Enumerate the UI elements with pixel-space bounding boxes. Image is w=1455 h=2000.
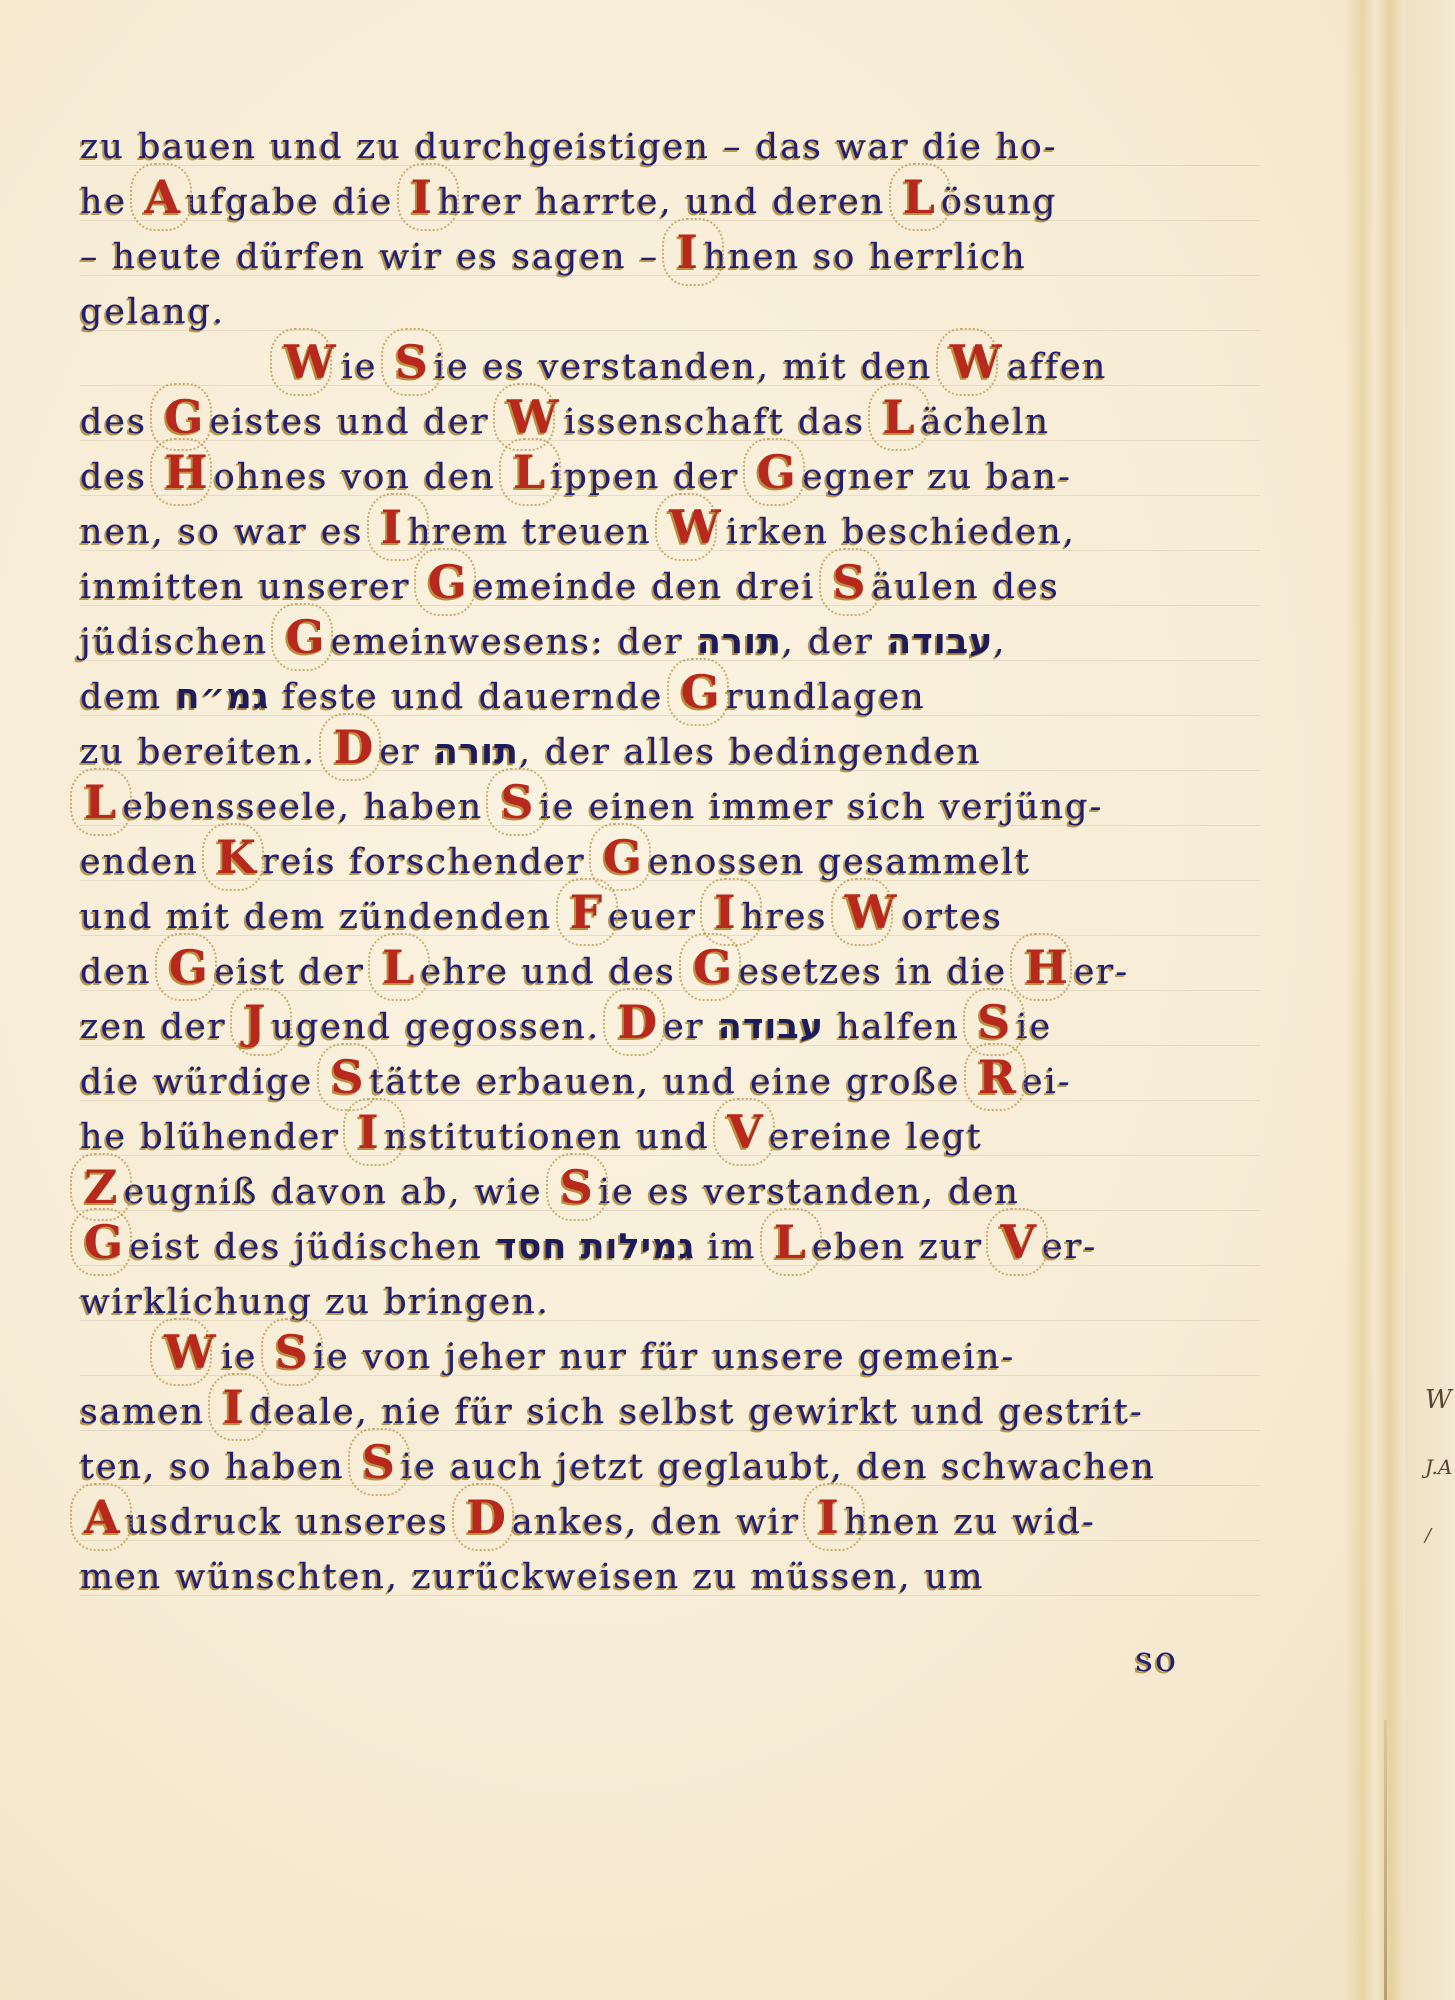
text-run: er — [379, 732, 434, 772]
illuminated-initial: W — [665, 507, 727, 547]
manuscript-line: jüdischen Gemeinwesens: der תורה, der עב… — [80, 615, 1260, 670]
text-run: hrem treuen — [408, 512, 665, 552]
illuminated-initial: I — [672, 232, 704, 272]
ruling-line — [80, 880, 1260, 881]
illuminated-initial: W — [503, 397, 565, 437]
illuminated-initial: I — [353, 1112, 385, 1152]
text-run: feste und dauernde — [269, 677, 676, 717]
ruling-line — [80, 330, 1260, 331]
manuscript-line: enden Kreis forschender Genossen gesamme… — [80, 835, 1260, 890]
text-run: und mit dem zündenden — [80, 897, 566, 937]
text-run: emeinwesens: der — [331, 622, 697, 662]
text-run: – heute dürfen wir es sagen – — [80, 237, 672, 277]
text-run: ösung — [941, 182, 1058, 222]
manuscript-line: zu bauen und zu durchgeistigen – das war… — [80, 120, 1260, 175]
hebrew-word: תורה — [697, 622, 782, 662]
facing-page-handwriting: J.A — [1425, 1455, 1452, 1479]
text-run: ie einen immer sich verjüng- — [540, 787, 1104, 827]
ruling-line — [80, 1375, 1260, 1376]
manuscript-line: Lebensseele, haben Sie einen immer sich … — [80, 780, 1260, 835]
illuminated-initial: Z — [80, 1167, 124, 1207]
facing-page-handwriting: / — [1425, 1525, 1431, 1546]
text-run: er- — [1074, 952, 1129, 992]
ruling-line — [80, 1210, 1260, 1211]
text-run: zen der — [80, 1007, 240, 1047]
text-run: enossen gesammelt — [648, 842, 1031, 882]
hebrew-word: עבודה — [718, 1007, 824, 1047]
text-run: des — [80, 402, 160, 442]
text-run: eugniß davon ab, wie — [124, 1172, 556, 1212]
ruling-line — [80, 935, 1260, 936]
text-run: he blühender — [80, 1117, 353, 1157]
manuscript-line: Geist des jüdischen גמילות חסד im Leben … — [80, 1220, 1260, 1275]
manuscript-line: und mit dem zündenden Feuer Ihres Wortes — [80, 890, 1260, 945]
illuminated-initial: J — [240, 1002, 272, 1042]
text-run: rundlagen — [726, 677, 926, 717]
manuscript-line: wirklichung zu bringen. — [80, 1275, 1260, 1330]
illuminated-initial: L — [80, 782, 122, 822]
text-run: emeinde den drei — [473, 567, 829, 607]
text-run: des — [80, 457, 160, 497]
ruling-line — [80, 495, 1260, 496]
text-run: ie es verstanden, mit den — [434, 347, 946, 387]
text-run: ie es verstanden, den — [599, 1172, 1020, 1212]
illuminated-initial: G — [281, 617, 330, 657]
illuminated-initial: I — [218, 1387, 250, 1427]
ruling-line — [80, 770, 1260, 771]
hebrew-word: תורה — [434, 732, 519, 772]
illuminated-initial: W — [160, 1332, 222, 1372]
illuminated-initial: A — [80, 1497, 126, 1537]
illuminated-initial: S — [271, 1332, 314, 1372]
text-run: den — [80, 952, 165, 992]
ruling-line — [80, 660, 1260, 661]
manuscript-line: Ausdruck unseres Dankes, den wir Ihnen z… — [80, 1495, 1260, 1550]
text-run: eben zur — [812, 1227, 996, 1267]
ruling-line — [80, 1045, 1260, 1046]
illuminated-initial: D — [613, 1002, 663, 1042]
text-run: hnen so herrlich — [704, 237, 1027, 277]
manuscript-page: W J.A / zu bauen und zu durchgeistigen –… — [0, 0, 1455, 2000]
illuminated-initial: G — [165, 947, 214, 987]
ruling-line — [80, 1100, 1260, 1101]
ruling-line — [80, 1595, 1260, 1596]
illuminated-initial: G — [677, 672, 726, 712]
illuminated-initial: I — [710, 892, 742, 932]
ruling-line — [80, 715, 1260, 716]
calligraphic-text-body: zu bauen und zu durchgeistigen – das war… — [80, 120, 1260, 1605]
illuminated-initial: R — [974, 1057, 1022, 1097]
illuminated-initial: S — [496, 782, 539, 822]
ruling-line — [80, 1485, 1260, 1486]
illuminated-initial: I — [407, 177, 439, 217]
text-run: ortes — [902, 897, 1003, 937]
text-run: ufgabe die — [186, 182, 406, 222]
text-run: usdruck unseres — [126, 1502, 462, 1542]
ruling-line — [80, 165, 1260, 166]
text-run: issenschaft das — [565, 402, 879, 442]
binding-crease — [1384, 1720, 1387, 2000]
manuscript-line: ten, so haben Sie auch jetzt geglaubt, d… — [80, 1440, 1260, 1495]
hebrew-word: עבודה — [887, 622, 993, 662]
manuscript-line: dem גמ״ח feste und dauernde Grundlagen — [80, 670, 1260, 725]
manuscript-line: inmitten unserer Gemeinde den drei Säule… — [80, 560, 1260, 615]
manuscript-line: die würdige Stätte erbauen, und eine gro… — [80, 1055, 1260, 1110]
text-run: euer — [608, 897, 710, 937]
ruling-line — [80, 1320, 1260, 1321]
illuminated-initial: S — [327, 1057, 370, 1097]
text-run: ei- — [1022, 1062, 1072, 1102]
ruling-line — [80, 550, 1260, 551]
illuminated-initial: G — [424, 562, 473, 602]
ruling-line — [80, 1540, 1260, 1541]
facing-page-handwriting: W — [1425, 1385, 1452, 1415]
manuscript-line: samen Ideale, nie für sich selbst gewirk… — [80, 1385, 1260, 1440]
manuscript-line: Zeugniß davon ab, wie Sie es verstanden,… — [80, 1165, 1260, 1220]
text-run: zu bauen und zu durchgeistigen – das war… — [80, 127, 1058, 167]
ruling-line — [80, 1430, 1260, 1431]
illuminated-initial: G — [753, 452, 802, 492]
text-run: ippen der — [551, 457, 752, 497]
text-run: ankes, den wir — [512, 1502, 813, 1542]
text-run: er — [663, 1007, 718, 1047]
text-run: ohnes von den — [214, 457, 509, 497]
text-run: enden — [80, 842, 212, 882]
illuminated-initial: S — [391, 342, 434, 382]
illuminated-initial: F — [566, 892, 609, 932]
manuscript-line: men wünschten, zurückweisen zu müssen, u… — [80, 1550, 1260, 1605]
text-run: ie von jeher nur für unsere gemein- — [314, 1337, 1015, 1377]
illuminated-initial: S — [973, 1002, 1016, 1042]
text-run: affen — [1007, 347, 1107, 387]
text-run: jüdischen — [80, 622, 281, 662]
ruling-line — [80, 440, 1260, 441]
illuminated-initial: G — [80, 1222, 129, 1262]
text-run: reis forschender — [262, 842, 599, 882]
illuminated-initial: H — [160, 452, 213, 492]
hebrew-word: גמ״ח — [175, 677, 269, 717]
manuscript-line: des Geistes und der Wissenschaft das Läc… — [80, 395, 1260, 450]
text-run: eistes und der — [210, 402, 503, 442]
illuminated-initial: S — [556, 1167, 599, 1207]
manuscript-line: – heute dürfen wir es sagen – Ihnen so h… — [80, 230, 1260, 285]
ruling-line — [80, 385, 1260, 386]
illuminated-initial: A — [140, 177, 186, 217]
illuminated-initial: L — [899, 177, 941, 217]
text-run: zu bereiten. — [80, 732, 329, 772]
manuscript-line: Wie Sie es verstanden, mit den Waffen — [80, 340, 1260, 395]
manuscript-line: he Aufgabe die Ihrer harrte, und deren L… — [80, 175, 1260, 230]
text-run: eist der — [214, 952, 378, 992]
text-run: wirklichung zu bringen. — [80, 1282, 550, 1322]
text-run: tätte erbauen, und eine große — [370, 1062, 974, 1102]
illuminated-initial: L — [770, 1222, 812, 1262]
illuminated-initial: G — [599, 837, 648, 877]
text-run: ächeln — [921, 402, 1050, 442]
illuminated-initial: D — [329, 727, 379, 767]
text-run: ereine legt — [769, 1117, 983, 1157]
illuminated-initial: H — [1020, 947, 1073, 987]
illuminated-initial: G — [160, 397, 209, 437]
ruling-line — [80, 275, 1260, 276]
illuminated-initial: D — [462, 1497, 512, 1537]
text-run: egner zu ban- — [802, 457, 1072, 497]
manuscript-line: zu bereiten. Der תורה, der alles bedinge… — [80, 725, 1260, 780]
illuminated-initial: I — [377, 507, 409, 547]
facing-page-edge — [1405, 0, 1455, 2000]
illuminated-initial: W — [280, 342, 342, 382]
text-run: ehre und des — [420, 952, 689, 992]
text-run: nen, so war es — [80, 512, 377, 552]
illuminated-initial: K — [212, 837, 262, 877]
text-run: ie auch jetzt geglaubt, den schwachen — [401, 1447, 1156, 1487]
illuminated-initial: L — [878, 397, 920, 437]
text-run: hnen zu wid- — [845, 1502, 1096, 1542]
illuminated-initial: V — [723, 1112, 769, 1152]
text-run: , der — [782, 622, 887, 662]
text-run: ebensseele, haben — [122, 787, 496, 827]
text-run: im — [695, 1227, 770, 1267]
manuscript-line: zen der Jugend gegossen. Der עבודה halfe… — [80, 1000, 1260, 1055]
text-run: deale, nie für sich selbst gewirkt und g… — [250, 1392, 1144, 1432]
text-run: inmitten unserer — [80, 567, 424, 607]
text-run: nstitutionen und — [385, 1117, 723, 1157]
text-run: die würdige — [80, 1062, 327, 1102]
ruling-line — [80, 605, 1260, 606]
manuscript-line: he blühender Institutionen und Vereine l… — [80, 1110, 1260, 1165]
text-run: halfen — [824, 1007, 973, 1047]
hebrew-word: גמילות חסד — [496, 1227, 695, 1267]
illuminated-initial: S — [358, 1442, 401, 1482]
illuminated-initial: V — [996, 1222, 1042, 1262]
text-run: gelang. — [80, 292, 225, 332]
ruling-line — [80, 990, 1260, 991]
illuminated-initial: S — [829, 562, 872, 602]
text-run: irken beschieden, — [727, 512, 1076, 552]
illuminated-initial: L — [509, 452, 551, 492]
illuminated-initial: W — [946, 342, 1008, 382]
text-run: , der alles bedingenden — [519, 732, 982, 772]
text-run: samen — [80, 1392, 218, 1432]
text-run: , — [993, 622, 1006, 662]
text-run: hrer harrte, und deren — [438, 182, 899, 222]
catchword: so — [1135, 1640, 1178, 1680]
text-run: äulen des — [872, 567, 1060, 607]
page-gutter-fold — [1345, 0, 1405, 2000]
illuminated-initial: I — [813, 1497, 845, 1537]
text-run: ugend gegossen. — [272, 1007, 614, 1047]
illuminated-initial: W — [841, 892, 903, 932]
illuminated-initial: L — [378, 947, 420, 987]
ruling-line — [80, 825, 1260, 826]
text-run: esetzes in die — [738, 952, 1020, 992]
ruling-line — [80, 1265, 1260, 1266]
manuscript-line: nen, so war es Ihrem treuen Wirken besch… — [80, 505, 1260, 560]
text-run: eist des jüdischen — [129, 1227, 496, 1267]
text-run: men wünschten, zurückweisen zu müssen, u… — [80, 1557, 985, 1597]
text-run: er- — [1042, 1227, 1097, 1267]
ruling-line — [80, 220, 1260, 221]
manuscript-line: gelang. — [80, 285, 1260, 340]
ruling-line — [80, 1155, 1260, 1156]
text-run: ten, so haben — [80, 1447, 358, 1487]
text-run: dem — [80, 677, 175, 717]
illuminated-initial: G — [689, 947, 738, 987]
